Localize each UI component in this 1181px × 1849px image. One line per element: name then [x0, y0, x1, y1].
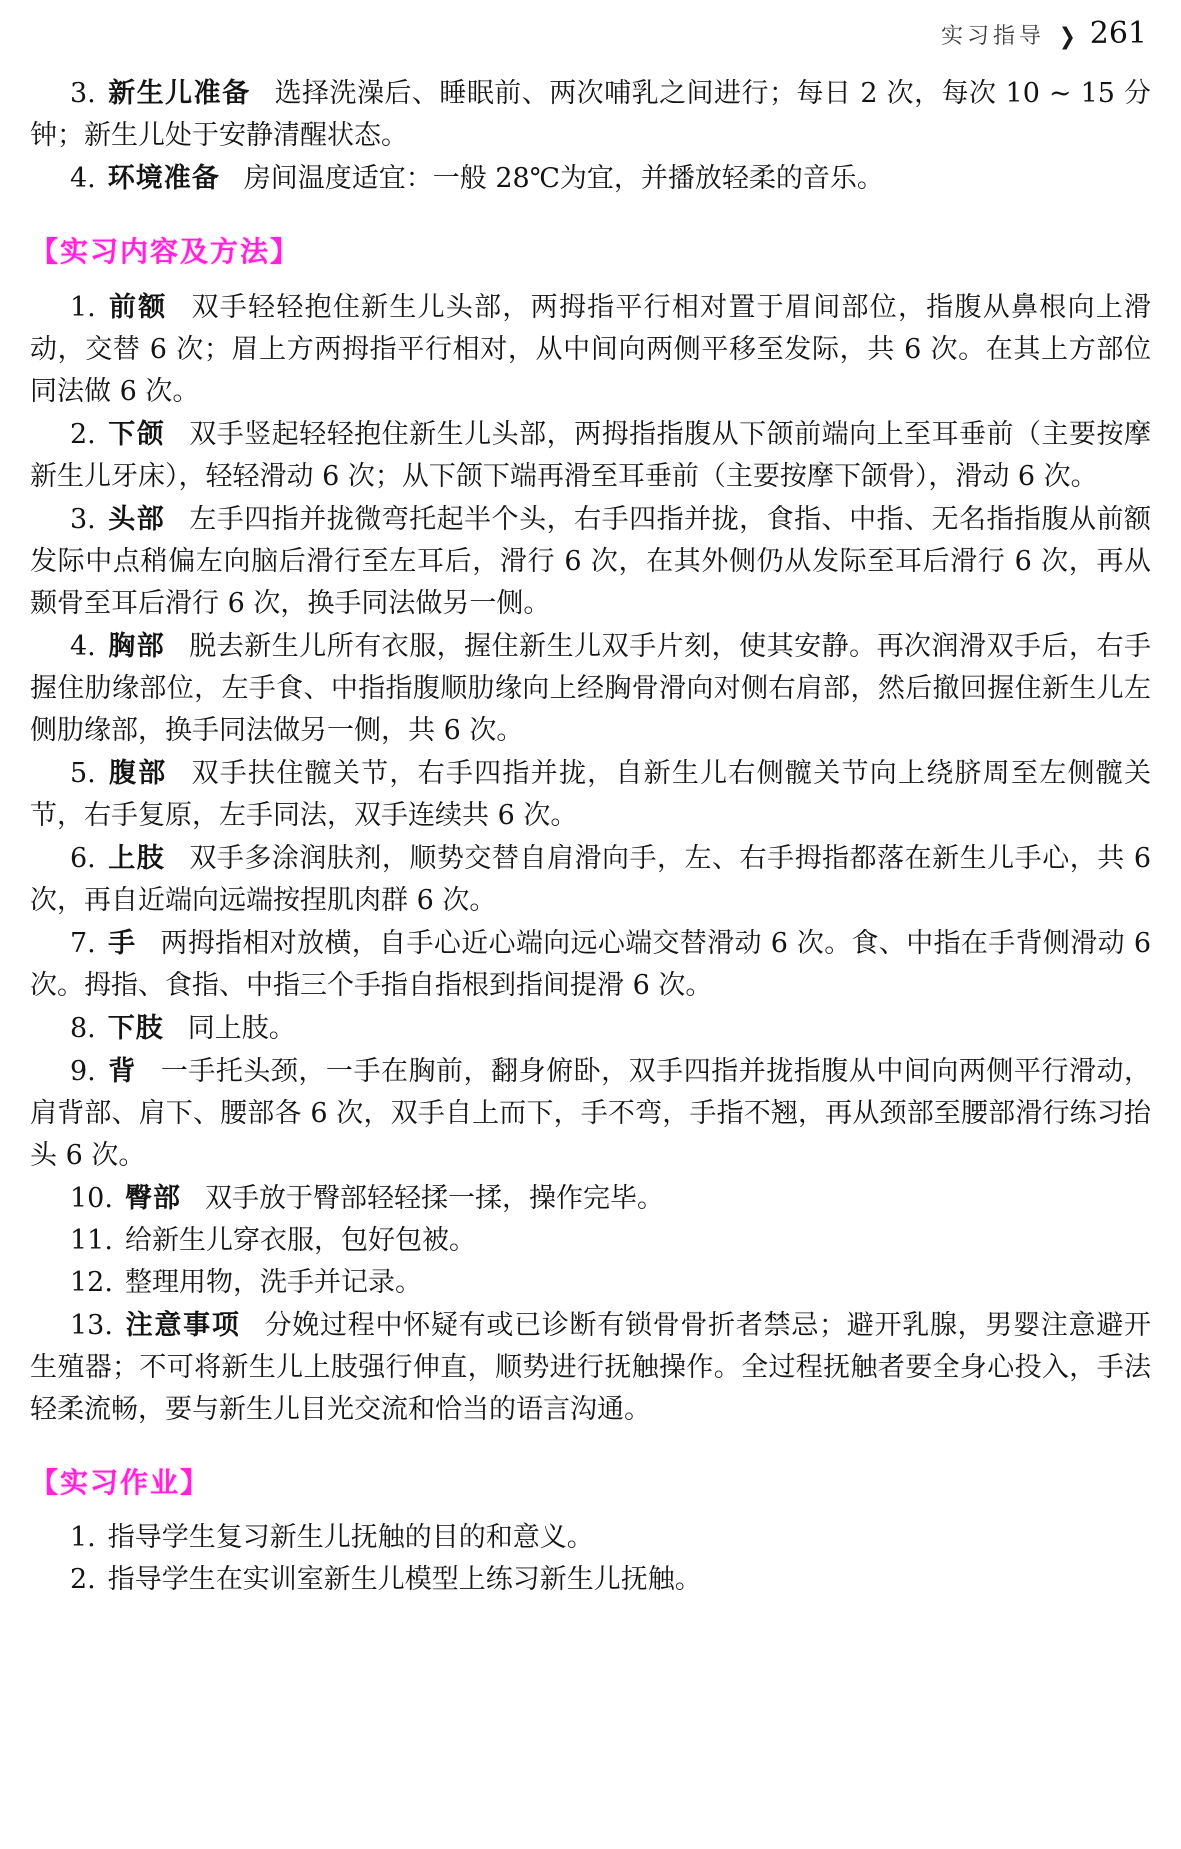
page-number: 261: [1090, 16, 1147, 51]
item-term-label: 背: [108, 1056, 137, 1086]
item-text: 房间温度适宜：一般 28℃为宜，并播放轻柔的音乐。: [244, 163, 884, 194]
numbered-paragraph: 5.腹部双手扶住髋关节，右手四指并拢，自新生儿右侧髋关节向上绕脐周至左侧髋关节，…: [30, 752, 1151, 837]
item-text: 双手放于臀部轻轻揉一揉，操作完毕。: [205, 1183, 664, 1214]
item-number: 4.: [70, 163, 96, 194]
item-number: 9.: [70, 1056, 96, 1087]
item-term-label: 注意事项: [125, 1310, 241, 1340]
item-number: 11.: [70, 1225, 113, 1256]
item-text: 脱去新生儿所有衣服，握住新生儿双手片刻，使其安静。再次润滑双手后，右手握住肋缘部…: [30, 631, 1151, 746]
item-number: 10.: [70, 1183, 113, 1214]
item-number: 3.: [70, 78, 96, 109]
document-body: 3.新生儿准备选择洗澡后、睡眠前、两次哺乳之间进行；每日 2 次，每次 10 ~…: [30, 72, 1151, 1601]
item-number: 4.: [70, 631, 96, 662]
numbered-paragraph: 3.头部左手四指并拢微弯托起半个头，右手四指并拢，食指、中指、无名指指腹从前额发…: [30, 498, 1151, 625]
item-number: 7.: [70, 928, 96, 959]
item-text: 整理用物，洗手并记录。: [125, 1267, 422, 1298]
numbered-paragraph: 13.注意事项分娩过程中怀疑有或已诊断有锁骨骨折者禁忌；避开乳腺，男婴注意避开生…: [30, 1304, 1151, 1431]
item-term-label: 下颌: [108, 419, 165, 449]
numbered-paragraph: 12.整理用物，洗手并记录。: [30, 1262, 1151, 1304]
item-text: 同上肢。: [188, 1013, 296, 1044]
item-number: 1.: [70, 1522, 96, 1553]
item-term-label: 上肢: [108, 843, 166, 873]
homework-list: 1.指导学生复习新生儿抚触的目的和意义。2.指导学生在实训室新生儿模型上练习新生…: [30, 1517, 1151, 1601]
item-number: 8.: [70, 1013, 96, 1044]
item-term-label: 环境准备: [108, 163, 220, 193]
item-text: 给新生儿穿衣服，包好包被。: [125, 1225, 476, 1256]
item-number: 6.: [70, 843, 96, 874]
numbered-paragraph: 4.环境准备房间温度适宜：一般 28℃为宜，并播放轻柔的音乐。: [30, 157, 1151, 200]
item-text: 一手托头颈，一手在胸前，翻身俯卧，双手四指并拢指腹从中间向两侧平行滑动，肩背部、…: [30, 1056, 1151, 1171]
numbered-paragraph: 11.给新生儿穿衣服，包好包被。: [30, 1220, 1151, 1262]
item-term-label: 下肢: [108, 1013, 164, 1043]
item-number: 5.: [70, 758, 96, 789]
chevron-right-icon: ❯: [1059, 22, 1076, 50]
numbered-paragraph: 2.指导学生在实训室新生儿模型上练习新生儿抚触。: [30, 1559, 1151, 1601]
numbered-paragraph: 3.新生儿准备选择洗澡后、睡眠前、两次哺乳之间进行；每日 2 次，每次 10 ~…: [30, 72, 1151, 157]
item-term-label: 前额: [108, 292, 168, 322]
numbered-paragraph: 7.手两拇指相对放横，自手心近心端向远心端交替滑动 6 次。食、中指在手背侧滑动…: [30, 922, 1151, 1007]
item-text: 指导学生复习新生儿抚触的目的和意义。: [108, 1522, 594, 1553]
item-number: 3.: [70, 504, 96, 535]
numbered-paragraph: 1.前额双手轻轻抱住新生儿头部，两拇指平行相对置于眉间部位，指腹从鼻根向上滑动，…: [30, 286, 1151, 413]
section-heading-practice-homework: 【实习作业】: [30, 1461, 1151, 1501]
numbered-paragraph: 2.下颌双手竖起轻轻抱住新生儿头部，两拇指指腹从下颌前端向上至耳垂前（主要按摩新…: [30, 413, 1151, 498]
item-term-label: 腹部: [108, 758, 168, 788]
item-term-label: 臀部: [125, 1183, 181, 1213]
running-head-section-title: 实习指导: [941, 19, 1045, 50]
numbered-paragraph: 9.背一手托头颈，一手在胸前，翻身俯卧，双手四指并拢指腹从中间向两侧平行滑动，肩…: [30, 1050, 1151, 1177]
item-number: 12.: [70, 1267, 113, 1298]
numbered-paragraph: 1.指导学生复习新生儿抚触的目的和意义。: [30, 1517, 1151, 1559]
item-text: 双手多涂润肤剂，顺势交替自肩滑向手，左、右手拇指都落在新生儿手心，共 6 次，再…: [30, 843, 1151, 916]
numbered-paragraph: 4.胸部脱去新生儿所有衣服，握住新生儿双手片刻，使其安静。再次润滑双手后，右手握…: [30, 625, 1151, 752]
item-number: 1.: [70, 292, 96, 323]
practice-steps-list: 1.前额双手轻轻抱住新生儿头部，两拇指平行相对置于眉间部位，指腹从鼻根向上滑动，…: [30, 286, 1151, 1431]
item-term-label: 胸部: [108, 631, 165, 661]
item-text: 双手扶住髋关节，右手四指并拢，自新生儿右侧髋关节向上绕脐周至左侧髋关节，右手复原…: [30, 758, 1151, 831]
numbered-paragraph: 10.臀部双手放于臀部轻轻揉一揉，操作完毕。: [30, 1177, 1151, 1220]
item-text: 指导学生在实训室新生儿模型上练习新生儿抚触。: [108, 1564, 702, 1595]
preparation-list: 3.新生儿准备选择洗澡后、睡眠前、两次哺乳之间进行；每日 2 次，每次 10 ~…: [30, 72, 1151, 200]
item-number: 2.: [70, 419, 96, 450]
page-header: 实习指导 ❯ 261: [30, 16, 1151, 62]
item-number: 13.: [70, 1310, 113, 1341]
item-term-label: 手: [108, 928, 137, 958]
numbered-paragraph: 8.下肢同上肢。: [30, 1007, 1151, 1050]
item-number: 2.: [70, 1564, 96, 1595]
item-term-label: 新生儿准备: [108, 78, 251, 108]
item-text: 双手竖起轻轻抱住新生儿头部，两拇指指腹从下颌前端向上至耳垂前（主要按摩新生儿牙床…: [30, 419, 1151, 492]
item-text: 左手四指并拢微弯托起半个头，右手四指并拢，食指、中指、无名指指腹从前额发际中点稍…: [30, 504, 1151, 619]
item-text: 两拇指相对放横，自手心近心端向远心端交替滑动 6 次。食、中指在手背侧滑动 6 …: [30, 928, 1151, 1001]
item-text: 双手轻轻抱住新生儿头部，两拇指平行相对置于眉间部位，指腹从鼻根向上滑动，交替 6…: [30, 292, 1151, 407]
item-term-label: 头部: [108, 504, 165, 534]
document-page: 实习指导 ❯ 261 3.新生儿准备选择洗澡后、睡眠前、两次哺乳之间进行；每日 …: [0, 0, 1181, 1849]
section-heading-practice-content-methods: 【实习内容及方法】: [30, 230, 1151, 270]
numbered-paragraph: 6.上肢双手多涂润肤剂，顺势交替自肩滑向手，左、右手拇指都落在新生儿手心，共 6…: [30, 837, 1151, 922]
